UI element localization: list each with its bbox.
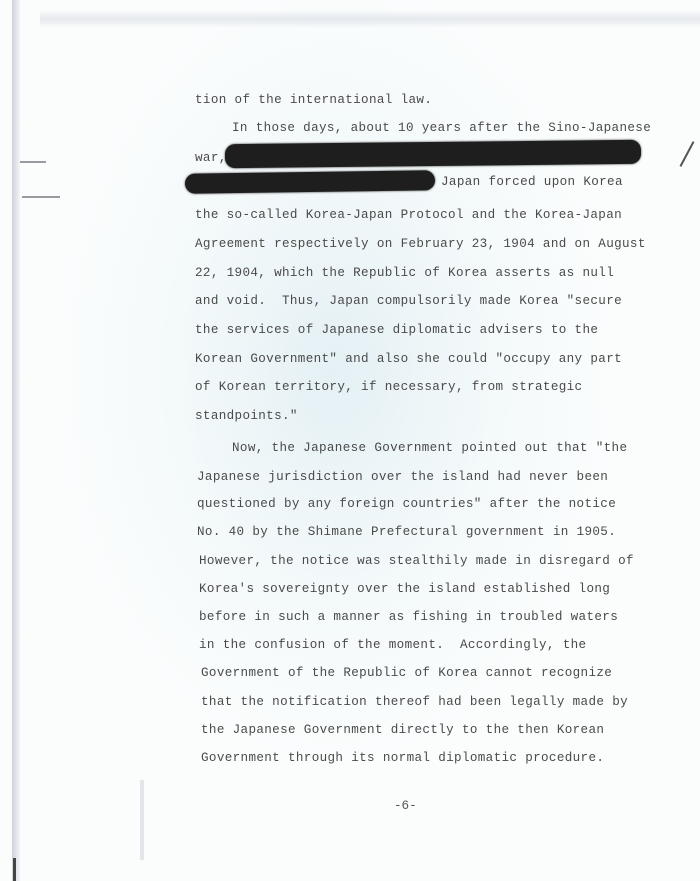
text-line: of Korean territory, if necessary, from … [195,377,582,397]
page-number: -6- [394,799,417,813]
text-line: before in such a manner as fishing in tr… [199,607,618,627]
text-line: in the confusion of the moment. Accordin… [199,635,586,655]
text-line: Korea's sovereignty over the island esta… [199,579,610,599]
text-line: that the notification thereof had been l… [201,692,628,712]
text-line: war, [195,148,227,168]
text-line: Agreement respectively on February 23, 1… [195,234,646,254]
text-line: questioned by any foreign countries" aft… [197,494,616,514]
scan-top-shadow [40,10,700,28]
text-line: the Japanese Government directly to the … [201,720,604,740]
text-line: the so-called Korea-Japan Protocol and t… [195,205,622,225]
text-line: Korean Government" and also she could "o… [195,349,622,369]
text-line: However, the notice was stealthily made … [199,551,634,571]
redaction-bar [225,140,641,168]
text-line: the services of Japanese diplomatic advi… [195,320,598,340]
text-line: No. 40 by the Shimane Prefectural govern… [197,522,616,542]
paragraph-start: In those days, about 10 years after the … [232,118,651,138]
text-line: Government through its normal diplomatic… [201,748,604,768]
paragraph-start: Now, the Japanese Government pointed out… [232,438,627,458]
redaction-bar [185,170,435,193]
text-line: Japanese jurisdiction over the island ha… [197,467,608,487]
margin-mark [20,161,46,163]
text-line: standpoints." [195,406,298,426]
text-line: and void. Thus, Japan compulsorily made … [195,291,622,311]
text-line: Government of the Republic of Korea cann… [201,663,612,683]
text-line: tion of the international law. [195,90,432,110]
scan-edge-mark [13,858,16,881]
margin-mark [22,196,60,198]
margin-pen-mark [680,141,695,167]
text-line: 22, 1904, which the Republic of Korea as… [195,263,614,283]
text-line: Japan forced upon Korea [441,172,623,192]
scan-left-edge [12,0,20,881]
scan-vertical-artifact [140,780,144,860]
